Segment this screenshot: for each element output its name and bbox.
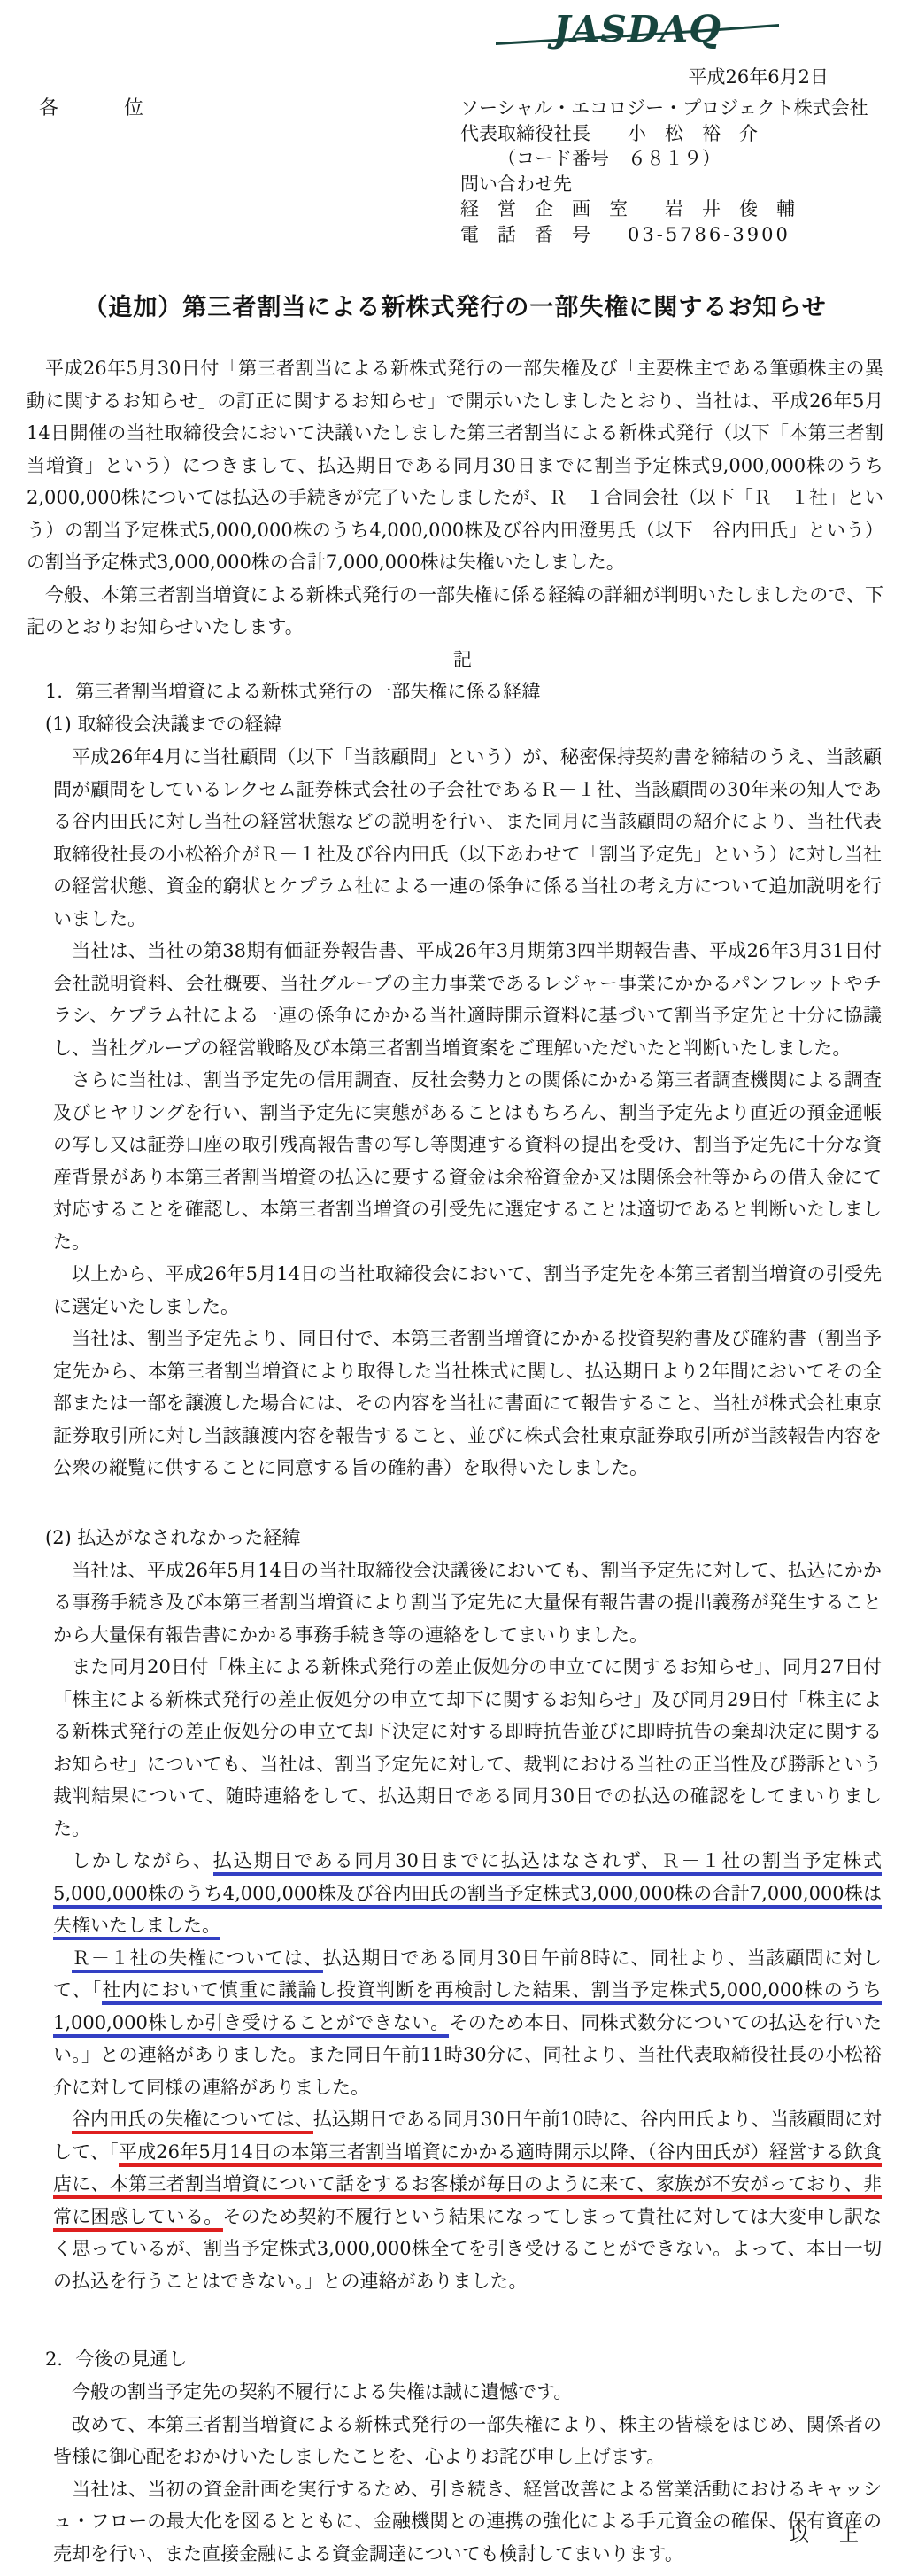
address-row: 各 位 ソーシャル・エコロジー・プロジェクト株式会社 代表取締役社長 小 松 裕… bbox=[27, 96, 883, 247]
text-segment: しかしながら、 bbox=[72, 1850, 213, 1871]
paragraph: 以上から、平成26年5月14日の当社取締役会において、割当予定先を本第三者割当増… bbox=[53, 1258, 882, 1323]
paragraph: 当社は、当初の資金計画を実行するため、引き続き、経営改善による営業活動におけるキ… bbox=[53, 2473, 882, 2571]
closing-mark: 以 上 bbox=[790, 2520, 864, 2548]
contact-label: 問い合わせ先 bbox=[460, 172, 883, 197]
spacer bbox=[27, 1485, 883, 1522]
logo-row: JASDAQ bbox=[496, 9, 779, 55]
intro-block: 平成26年5月30日付「第三者割当による新株式発行の一部失権及び「主要株主である… bbox=[27, 352, 883, 644]
president-name: 小 松 裕 介 bbox=[628, 123, 758, 144]
paragraph: 今般、本第三者割当増資による新株式発行の一部失権に係る経緯の詳細が判明いたしまし… bbox=[27, 579, 883, 644]
paragraph: さらに当社は、割当予定先の信用調査、反社会勢力との関係にかかる第三者調査機関によ… bbox=[53, 1064, 882, 1258]
phone-label: 電 話 番 号 bbox=[460, 224, 590, 245]
document-body: 平成26年5月30日付「第三者割当による新株式発行の一部失権及び「主要株主である… bbox=[27, 352, 883, 2570]
contact-dept: 経 営 企 画 室 bbox=[460, 198, 628, 220]
company-name: ソーシャル・エコロジー・プロジェクト株式会社 bbox=[460, 96, 883, 121]
press-release-page: JASDAQ 平成26年6月2日 各 位 ソーシャル・エコロジー・プロジェクト株… bbox=[0, 0, 910, 2576]
president-label: 代表取締役社長 bbox=[460, 123, 590, 144]
contact-line: 経 営 企 画 室 岩 井 俊 輔 bbox=[460, 197, 883, 222]
underlined-text-blue: Ｒ－１社の失権については、 bbox=[72, 1947, 323, 1973]
jasdaq-logo: JASDAQ bbox=[496, 9, 779, 51]
ki-marker: 記 bbox=[27, 644, 883, 676]
paragraph: 当社は、平成26年5月14日の当社取締役会決議後においても、割当予定先に対して、… bbox=[53, 1554, 882, 1652]
president-line: 代表取締役社長 小 松 裕 介 bbox=[460, 121, 883, 147]
document-title: （追加）第三者割当による新株式発行の一部失権に関するお知らせ bbox=[27, 288, 883, 322]
subsection-1-2-heading: (2) 払込がなされなかった経緯 bbox=[27, 1522, 883, 1554]
paragraph-underlined: しかしながら、払込期日である同月30日までに払込はなされず、Ｒ－１社の割当予定株… bbox=[53, 1845, 882, 1942]
paragraph: 改めて、本第三者割当増資による新株式発行の一部失権により、株主の皆様をはじめ、関… bbox=[53, 2409, 882, 2473]
section-2-heading: 2．今後の見通し bbox=[27, 2343, 883, 2376]
jasdaq-logo-text: JASDAQ bbox=[547, 9, 721, 50]
recipient: 各 位 bbox=[27, 96, 145, 122]
phone-line: 電 話 番 号 03-5786-3900 bbox=[460, 222, 883, 248]
paragraph: 平成26年5月30日付「第三者割当による新株式発行の一部失権及び「主要株主である… bbox=[27, 352, 883, 579]
document-date: 平成26年6月2日 bbox=[27, 64, 883, 90]
spacer bbox=[27, 2297, 883, 2343]
section-2-body: 今般の割当予定先の契約不履行による失権は誠に遺憾です。 改めて、本第三者割当増資… bbox=[53, 2376, 882, 2570]
paragraph: 当社は、当社の第38期有価証券報告書、平成26年3月期第3四半期報告書、平成26… bbox=[53, 935, 882, 1064]
subsection-1-1-heading: (1) 取締役会決議までの経緯 bbox=[27, 708, 883, 741]
paragraph-underlined: Ｒ－１社の失権については、払込期日である同月30日午前8時に、同社より、当該顧問… bbox=[53, 1942, 882, 2104]
subsection-1-2-body: 当社は、平成26年5月14日の当社取締役会決議後においても、割当予定先に対して、… bbox=[53, 1554, 882, 2298]
paragraph: 当社は、割当予定先より、同日付で、本第三者割当増資にかかる投資契約書及び確約書（… bbox=[53, 1323, 882, 1485]
paragraph-underlined: 谷内田氏の失権については、払込期日である同月30日午前10時に、谷内田氏より、当… bbox=[53, 2103, 882, 2297]
contact-name: 岩 井 俊 輔 bbox=[665, 198, 795, 220]
subsection-1-1-body: 平成26年4月に当社顧問（以下「当該顧問」という）が、秘密保持契約書を締結のうえ… bbox=[53, 741, 882, 1485]
paragraph: 今般の割当予定先の契約不履行による失権は誠に遺憾です。 bbox=[53, 2376, 882, 2409]
underlined-text-red: 谷内田氏の失権については、 bbox=[72, 2109, 313, 2134]
phone-number: 03-5786-3900 bbox=[628, 224, 790, 245]
sender-block: ソーシャル・エコロジー・プロジェクト株式会社 代表取締役社長 小 松 裕 介 （… bbox=[460, 96, 883, 247]
code-line: （コード番号 ６８１９） bbox=[460, 146, 883, 172]
paragraph: また同月20日付「株主による新株式発行の差止仮処分の申立てに関するお知らせ」、同… bbox=[53, 1651, 882, 1845]
section-1-heading: 1．第三者割当増資による新株式発行の一部失権に係る経緯 bbox=[27, 675, 883, 708]
paragraph: 平成26年4月に当社顧問（以下「当該顧問」という）が、秘密保持契約書を締結のうえ… bbox=[53, 741, 882, 935]
